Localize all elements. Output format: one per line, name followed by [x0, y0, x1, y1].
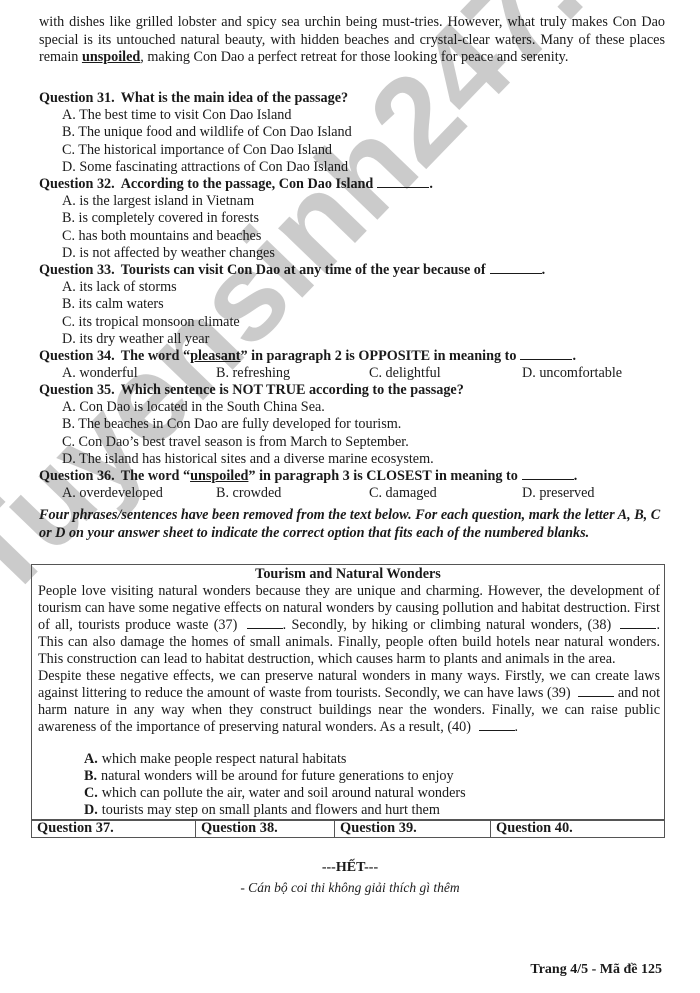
- passage-text: , making Con Dao a perfect retreat for t…: [140, 49, 568, 65]
- option-c[interactable]: C. its tropical monsoon climate: [39, 314, 669, 331]
- option-c[interactable]: C. Con Dao’s best travel season is from …: [39, 434, 669, 451]
- passage-text: .: [515, 719, 519, 735]
- option-letter: D.: [84, 802, 98, 818]
- question-36: Question 36.The word “unspoiled” in para…: [39, 468, 669, 502]
- answer-blank: [520, 348, 572, 360]
- answer-blank: [490, 262, 542, 274]
- reading-passage-end: with dishes like grilled lobster and spi…: [39, 14, 665, 67]
- answer-blank: [377, 176, 429, 188]
- options-row: A. overdeveloped B. crowded C. damaged D…: [39, 485, 669, 502]
- question-stem: Question 34.The word “pleasant” in parag…: [39, 348, 669, 365]
- options-row: A. wonderful B. refreshing C. delightful…: [39, 365, 669, 382]
- question-text: According to the passage, Con Dao Island: [121, 176, 374, 192]
- question-text: ” in paragraph 3 is CLOSEST in meaning t…: [248, 468, 517, 484]
- option-c[interactable]: C. The historical importance of Con Dao …: [39, 142, 669, 159]
- option-c[interactable]: C. delightful: [369, 365, 441, 382]
- blank-37: [247, 617, 283, 629]
- end-note: - Cán bộ coi thi không giải thích gì thê…: [0, 880, 700, 896]
- passage-text: Despite these negative effects, we can p…: [38, 668, 660, 701]
- question-number: Question 31.: [39, 90, 115, 106]
- option-d[interactable]: D. its dry weather all year: [39, 331, 669, 348]
- option-a[interactable]: A. The best time to visit Con Dao Island: [39, 107, 669, 124]
- option-b[interactable]: B. The unique food and wildlife of Con D…: [39, 124, 669, 141]
- option-d[interactable]: D. uncomfortable: [522, 365, 622, 382]
- option-letter: A.: [84, 751, 98, 767]
- question-text: The word “: [121, 348, 190, 364]
- question-stem: Question 32.According to the passage, Co…: [39, 176, 669, 193]
- question-31: Question 31.What is the main idea of the…: [39, 90, 669, 176]
- option-a[interactable]: A. Con Dao is located in the South China…: [39, 399, 669, 416]
- question-35: Question 35.Which sentence is NOT TRUE a…: [39, 382, 669, 468]
- question-stem: Question 35.Which sentence is NOT TRUE a…: [39, 382, 669, 399]
- answer-cell-40[interactable]: Question 40.: [491, 820, 664, 837]
- option-d[interactable]: D. is not affected by weather changes: [39, 245, 669, 262]
- page-content: with dishes like grilled lobster and spi…: [0, 0, 700, 993]
- cloze-option-b[interactable]: B.natural wonders will be around for fut…: [84, 768, 466, 785]
- option-letter: B.: [84, 768, 97, 784]
- cloze-passage: People love visiting natural wonders bec…: [38, 583, 660, 736]
- question-text: ” in paragraph 2 is OPPOSITE in meaning …: [241, 348, 517, 364]
- answer-cell-38[interactable]: Question 38.: [196, 820, 335, 837]
- target-word: pleasant: [190, 348, 240, 364]
- passage-title: Tourism and Natural Wonders: [32, 566, 664, 583]
- end-mark: ---HẾT---: [0, 860, 700, 876]
- question-33: Question 33.Tourists can visit Con Dao a…: [39, 262, 669, 348]
- question-stem: Question 36.The word “unspoiled” in para…: [39, 468, 669, 485]
- question-text: What is the main idea of the passage?: [121, 90, 348, 106]
- paragraph-2: Despite these negative effects, we can p…: [38, 668, 660, 736]
- option-b[interactable]: B. its calm waters: [39, 296, 669, 313]
- question-stem: Question 33.Tourists can visit Con Dao a…: [39, 262, 669, 279]
- question-text: The word “: [121, 468, 190, 484]
- option-text: which can pollute the air, water and soi…: [102, 785, 466, 801]
- question-stem: Question 31.What is the main idea of the…: [39, 90, 669, 107]
- question-number: Question 34.: [39, 348, 115, 364]
- exam-page: Tuyensinh247.com with dishes like grille…: [0, 0, 700, 993]
- passage-text: . Secondly, by hiking or climbing natura…: [283, 617, 612, 633]
- option-a[interactable]: A. is the largest island in Vietnam: [39, 193, 669, 210]
- option-a[interactable]: A. overdeveloped: [62, 485, 163, 502]
- question-number: Question 32.: [39, 176, 115, 192]
- answer-table: Question 37. Question 38. Question 39. Q…: [31, 819, 665, 838]
- option-d[interactable]: D. Some fascinating attractions of Con D…: [39, 159, 669, 176]
- paragraph-1: People love visiting natural wonders bec…: [38, 583, 660, 668]
- question-text: Which sentence is NOT TRUE according to …: [121, 382, 464, 398]
- option-c[interactable]: C. has both mountains and beaches: [39, 228, 669, 245]
- question-number: Question 33.: [39, 262, 115, 278]
- option-d[interactable]: D. The island has historical sites and a…: [39, 451, 669, 468]
- cloze-option-d[interactable]: D.tourists may step on small plants and …: [84, 802, 466, 819]
- question-number: Question 36.: [39, 468, 115, 484]
- option-text: tourists may step on small plants and fl…: [102, 802, 440, 818]
- answer-cell-37[interactable]: Question 37.: [32, 820, 196, 837]
- option-text: which make people respect natural habita…: [102, 751, 347, 767]
- option-text: natural wonders will be around for futur…: [101, 768, 454, 784]
- question-number: Question 35.: [39, 382, 115, 398]
- cloze-passage-box: Tourism and Natural Wonders People love …: [31, 564, 665, 821]
- cloze-option-c[interactable]: C.which can pollute the air, water and s…: [84, 785, 466, 802]
- highlighted-word: unspoiled: [82, 49, 140, 65]
- question-32: Question 32.According to the passage, Co…: [39, 176, 669, 262]
- option-b[interactable]: B. crowded: [216, 485, 281, 502]
- blank-39: [578, 685, 614, 697]
- option-b[interactable]: B. The beaches in Con Dao are fully deve…: [39, 416, 669, 433]
- option-c[interactable]: C. damaged: [369, 485, 437, 502]
- question-34: Question 34.The word “pleasant” in parag…: [39, 348, 669, 382]
- blank-38: [620, 617, 656, 629]
- cloze-option-a[interactable]: A.which make people respect natural habi…: [84, 751, 466, 768]
- section-instructions: Four phrases/sentences have been removed…: [39, 506, 669, 542]
- target-word: unspoiled: [190, 468, 248, 484]
- answer-blank: [522, 468, 574, 480]
- blank-40: [479, 719, 515, 731]
- page-footer: Trang 4/5 - Mã đề 125: [530, 962, 662, 978]
- option-b[interactable]: B. refreshing: [216, 365, 290, 382]
- option-a[interactable]: A. its lack of storms: [39, 279, 669, 296]
- option-letter: C.: [84, 785, 98, 801]
- question-text: Tourists can visit Con Dao at any time o…: [121, 262, 486, 278]
- option-b[interactable]: B. is completely covered in forests: [39, 210, 669, 227]
- option-d[interactable]: D. preserved: [522, 485, 594, 502]
- cloze-options: A.which make people respect natural habi…: [84, 751, 466, 819]
- answer-cell-39[interactable]: Question 39.: [335, 820, 491, 837]
- option-a[interactable]: A. wonderful: [62, 365, 138, 382]
